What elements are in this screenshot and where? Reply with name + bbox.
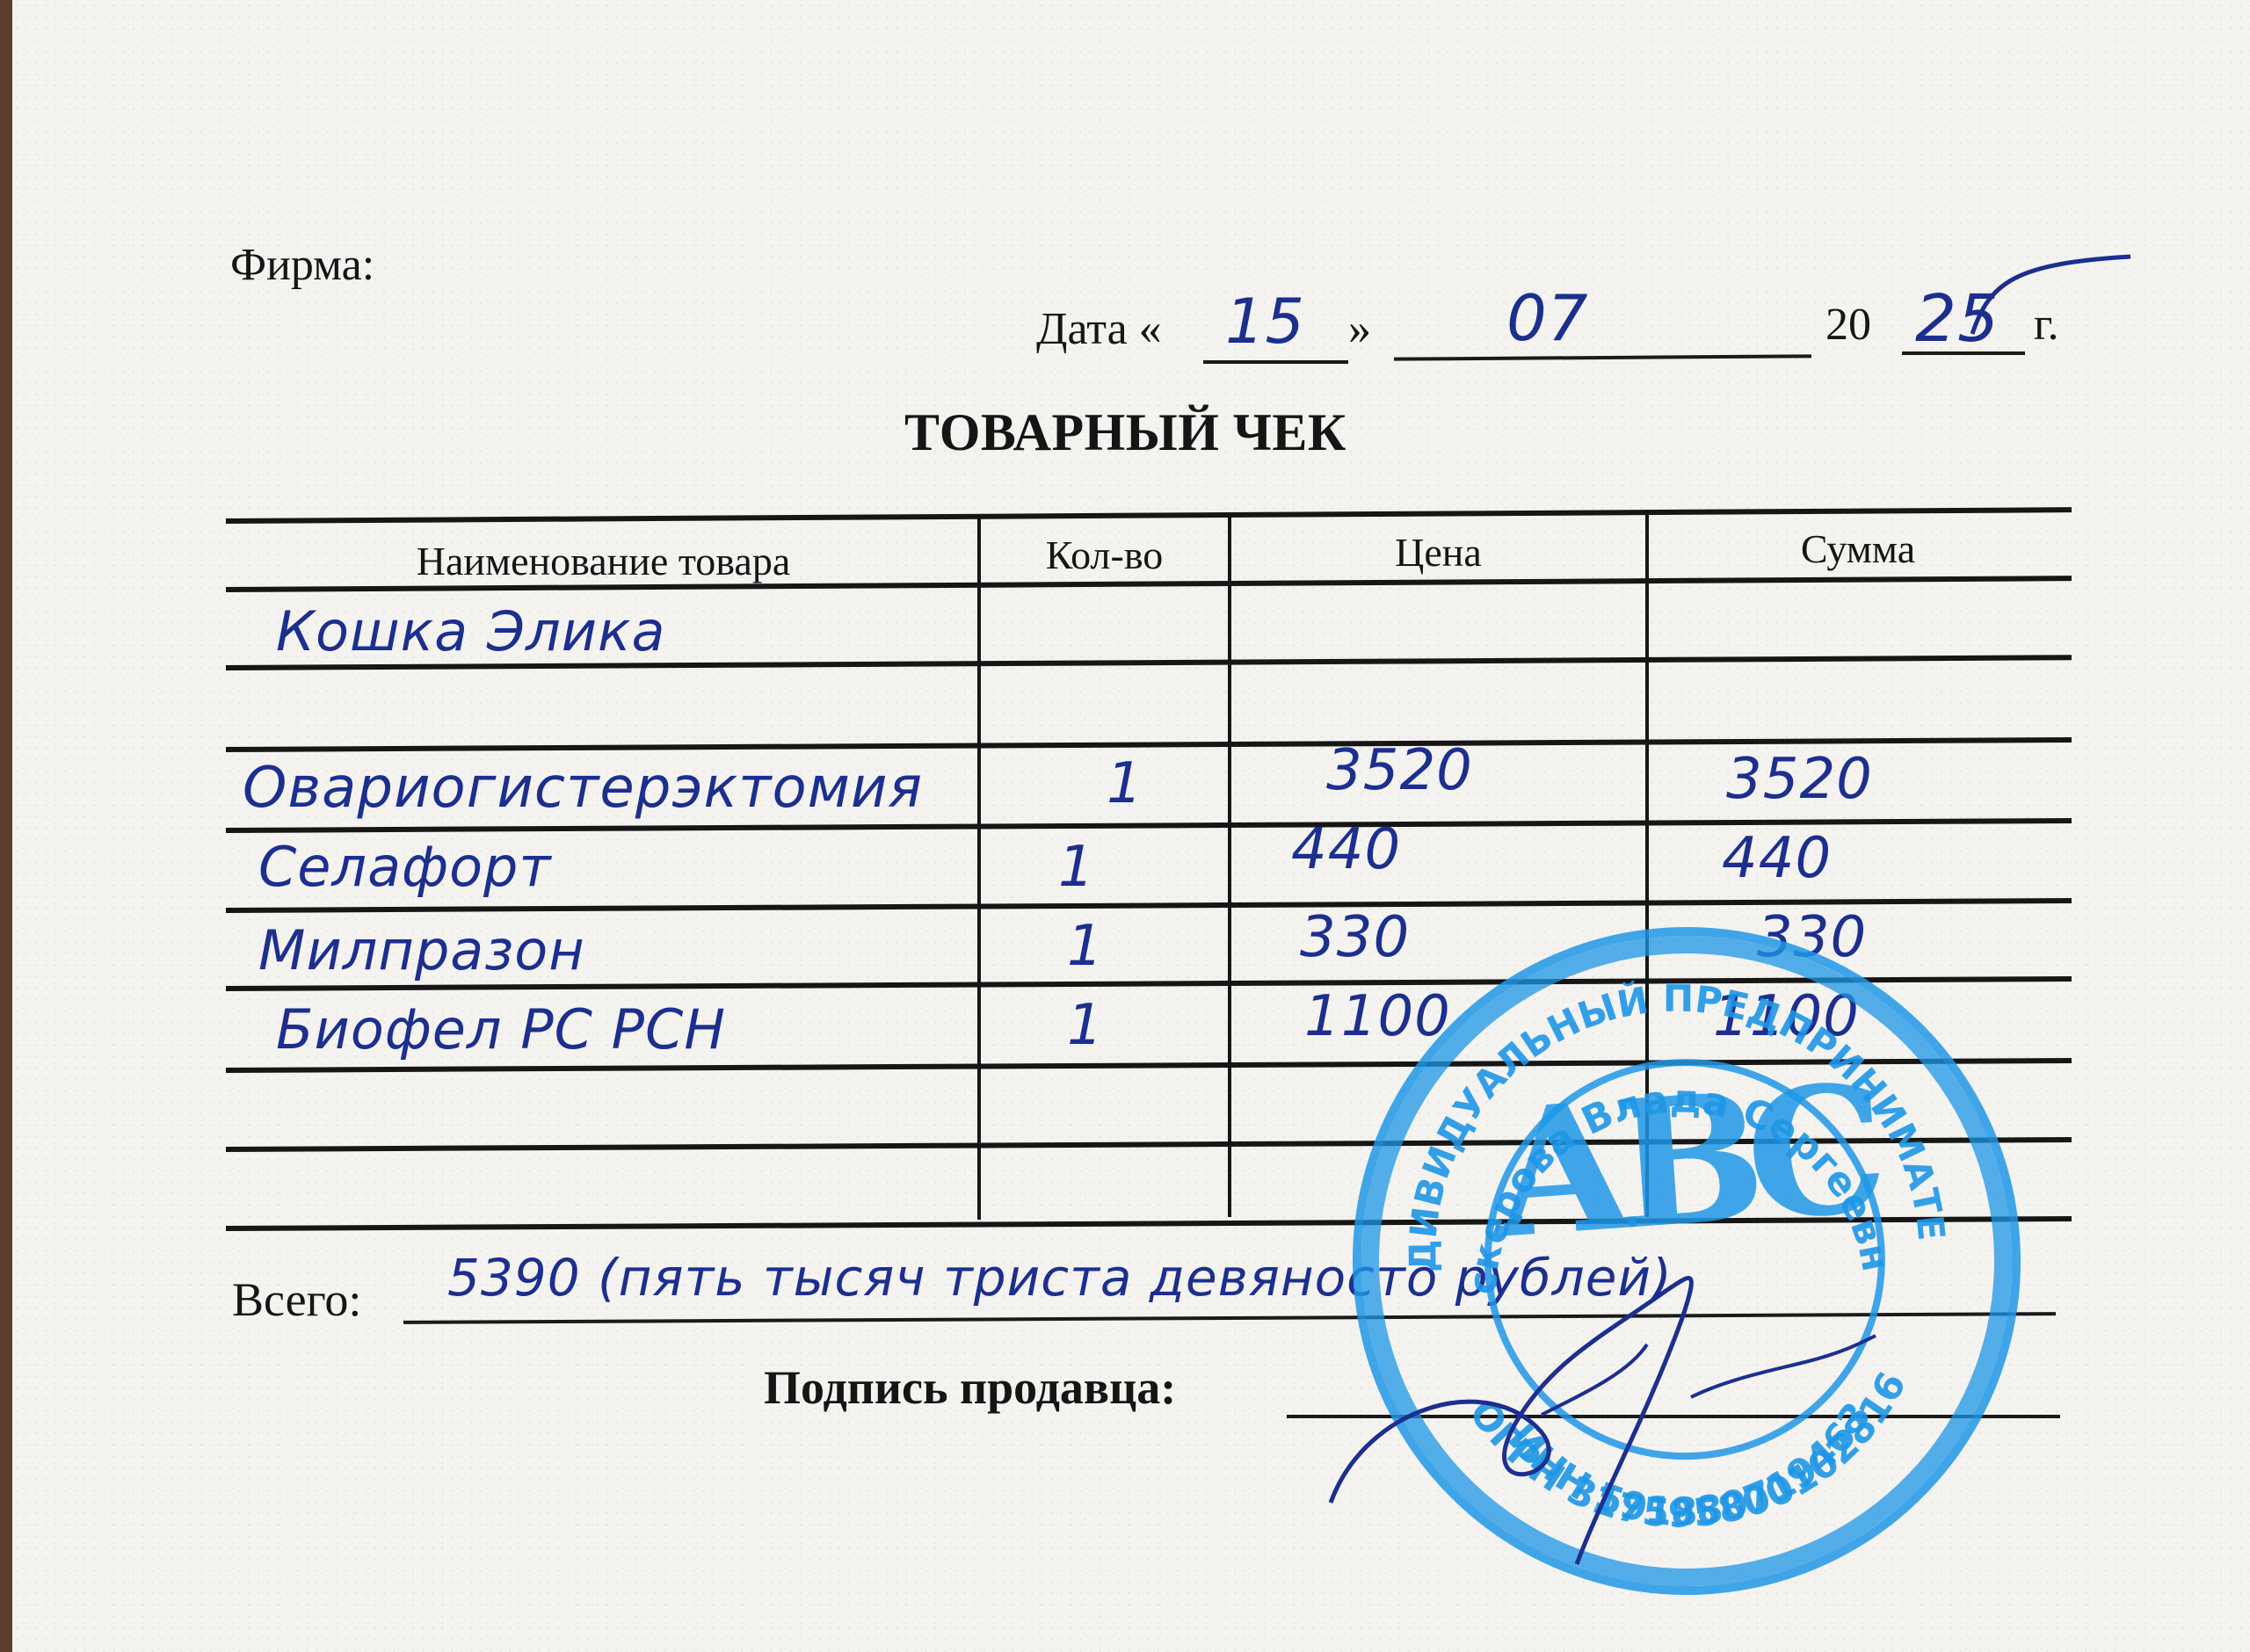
row-price: 440 (1291, 817, 1401, 882)
signature-label: Подпись продавца: (764, 1360, 1176, 1415)
column-divider (1228, 514, 1231, 1217)
row-price: 3520 (1326, 738, 1473, 803)
day-underline (1203, 360, 1348, 364)
header-name: Наименование товара (228, 538, 979, 584)
date-day: 15 (1225, 286, 1305, 358)
date-label: Дата « (1036, 303, 1162, 355)
year-prefix: 20 (1825, 299, 1871, 351)
date-close-quote: » (1348, 303, 1371, 355)
header-price: Цена (1230, 529, 1647, 576)
receipt-paper: Фирма: Дата « 15 » 07 20 25 г. ТОВАРНЫЙ … (12, 0, 2250, 1652)
total-label: Всего: (232, 1272, 361, 1327)
header-sum: Сумма (1647, 525, 2069, 572)
row-qty: 1 (1107, 751, 1143, 816)
row-name: Биофел PC PCH (276, 997, 726, 1061)
firm-label: Фирма: (230, 239, 374, 291)
row-qty: 1 (1067, 993, 1104, 1058)
header-qty: Кол-во (979, 532, 1230, 578)
row-sum: 440 (1722, 826, 1832, 891)
row-name: Селафорт (258, 835, 551, 899)
row-qty: 1 (1067, 914, 1104, 979)
row-qty: 1 (1058, 835, 1095, 900)
month-underline (1394, 354, 1811, 360)
date-month: 07 (1506, 281, 1589, 355)
row-sum: 3520 (1726, 747, 1873, 812)
year-unit: г. (2034, 299, 2058, 351)
row-name: Кошка Элика (276, 599, 666, 663)
seller-signature (1313, 1213, 1928, 1582)
document-title: ТОВАРНЫЙ ЧЕК (904, 402, 1346, 463)
table-top-border (226, 507, 2072, 524)
row-name: Милпразон (258, 918, 585, 982)
column-divider (977, 517, 981, 1220)
date-label-text: Дата « (1036, 304, 1162, 354)
row-name: Овариогистерэктомия (243, 756, 923, 821)
